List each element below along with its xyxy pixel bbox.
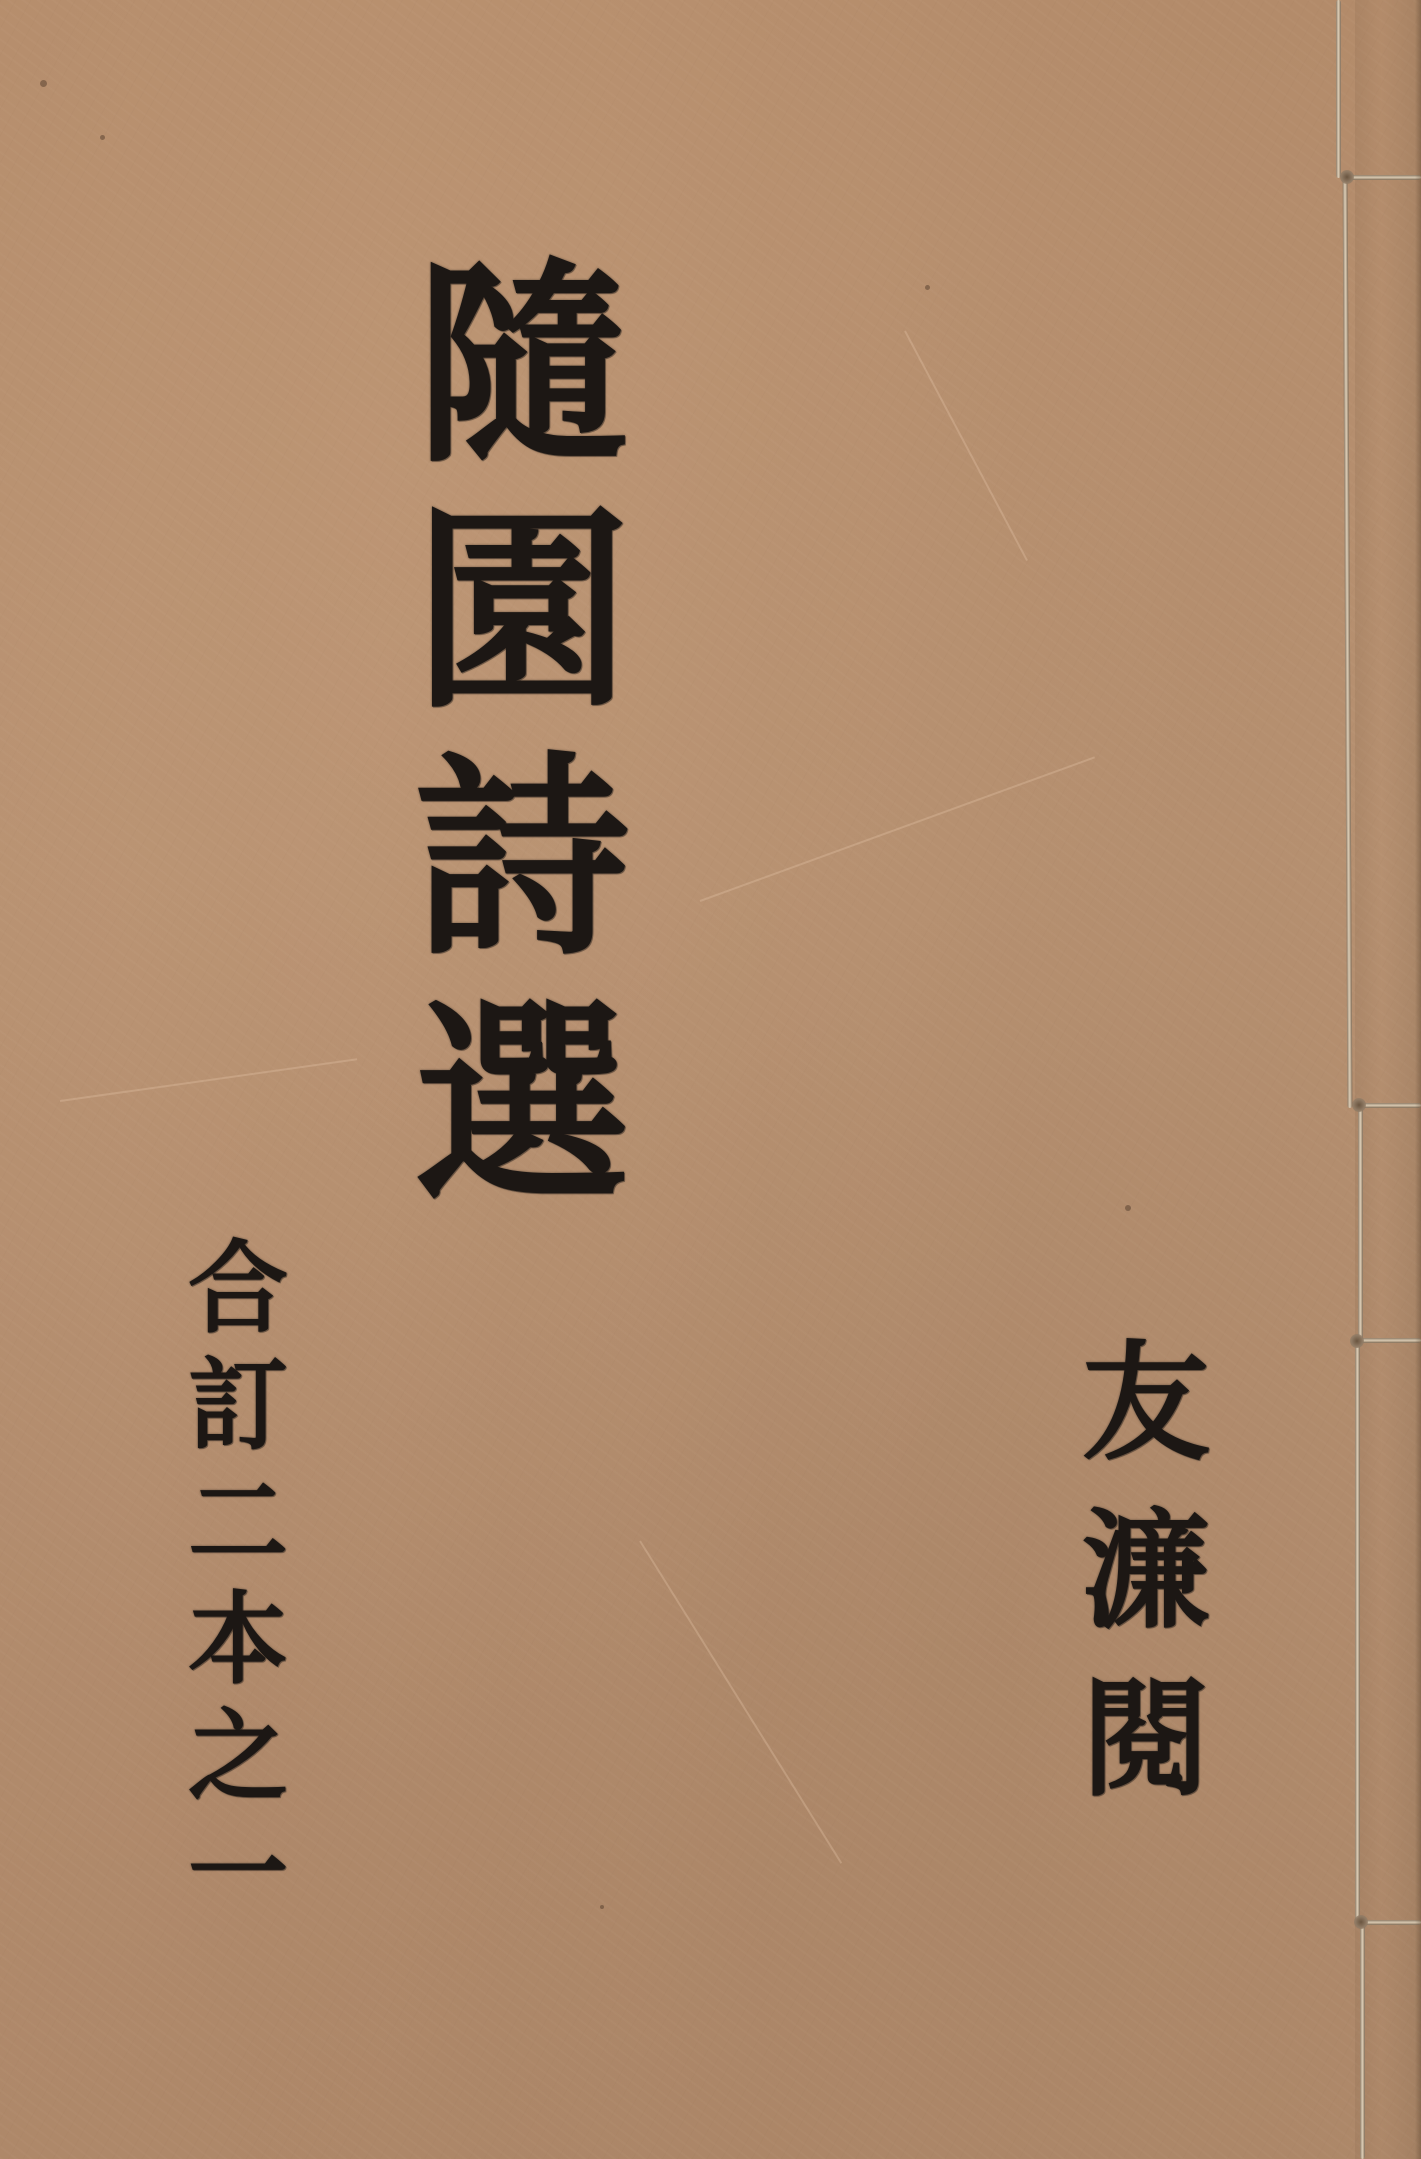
paper-crease	[60, 1058, 357, 1102]
binding-thread	[1365, 1920, 1421, 1925]
binding-thread	[1336, 0, 1341, 178]
binding-strip	[1355, 0, 1421, 2159]
page-edge	[1415, 0, 1421, 2159]
paper-speck	[600, 1905, 604, 1909]
paper-crease	[639, 1540, 842, 1863]
paper-crease	[700, 756, 1095, 902]
binding-thread	[1358, 1338, 1421, 1343]
binding-knot	[1354, 1915, 1368, 1929]
paper-speck	[925, 285, 930, 290]
binding-thread	[1358, 1108, 1363, 1340]
binding-thread	[1343, 178, 1353, 1108]
binding-knot	[1350, 1334, 1364, 1348]
paper-speck	[1125, 1205, 1131, 1211]
binding-thread	[1350, 175, 1421, 180]
binding-knot	[1352, 1098, 1366, 1112]
binding-thread	[1355, 1340, 1360, 1922]
reader-note: 友濂閱	[1055, 1335, 1215, 1839]
book-title: 隨園詩選	[375, 250, 635, 1238]
binding-thread	[1362, 1103, 1421, 1108]
book-cover: 隨園詩選 合訂二本之一 友濂閱	[0, 0, 1421, 2159]
binding-knot	[1340, 170, 1354, 184]
binding-thread	[1360, 1922, 1365, 2159]
paper-crease	[904, 331, 1028, 562]
paper-speck	[100, 135, 105, 140]
volume-note: 合訂二本之一	[150, 1235, 310, 1937]
paper-speck	[40, 80, 47, 87]
